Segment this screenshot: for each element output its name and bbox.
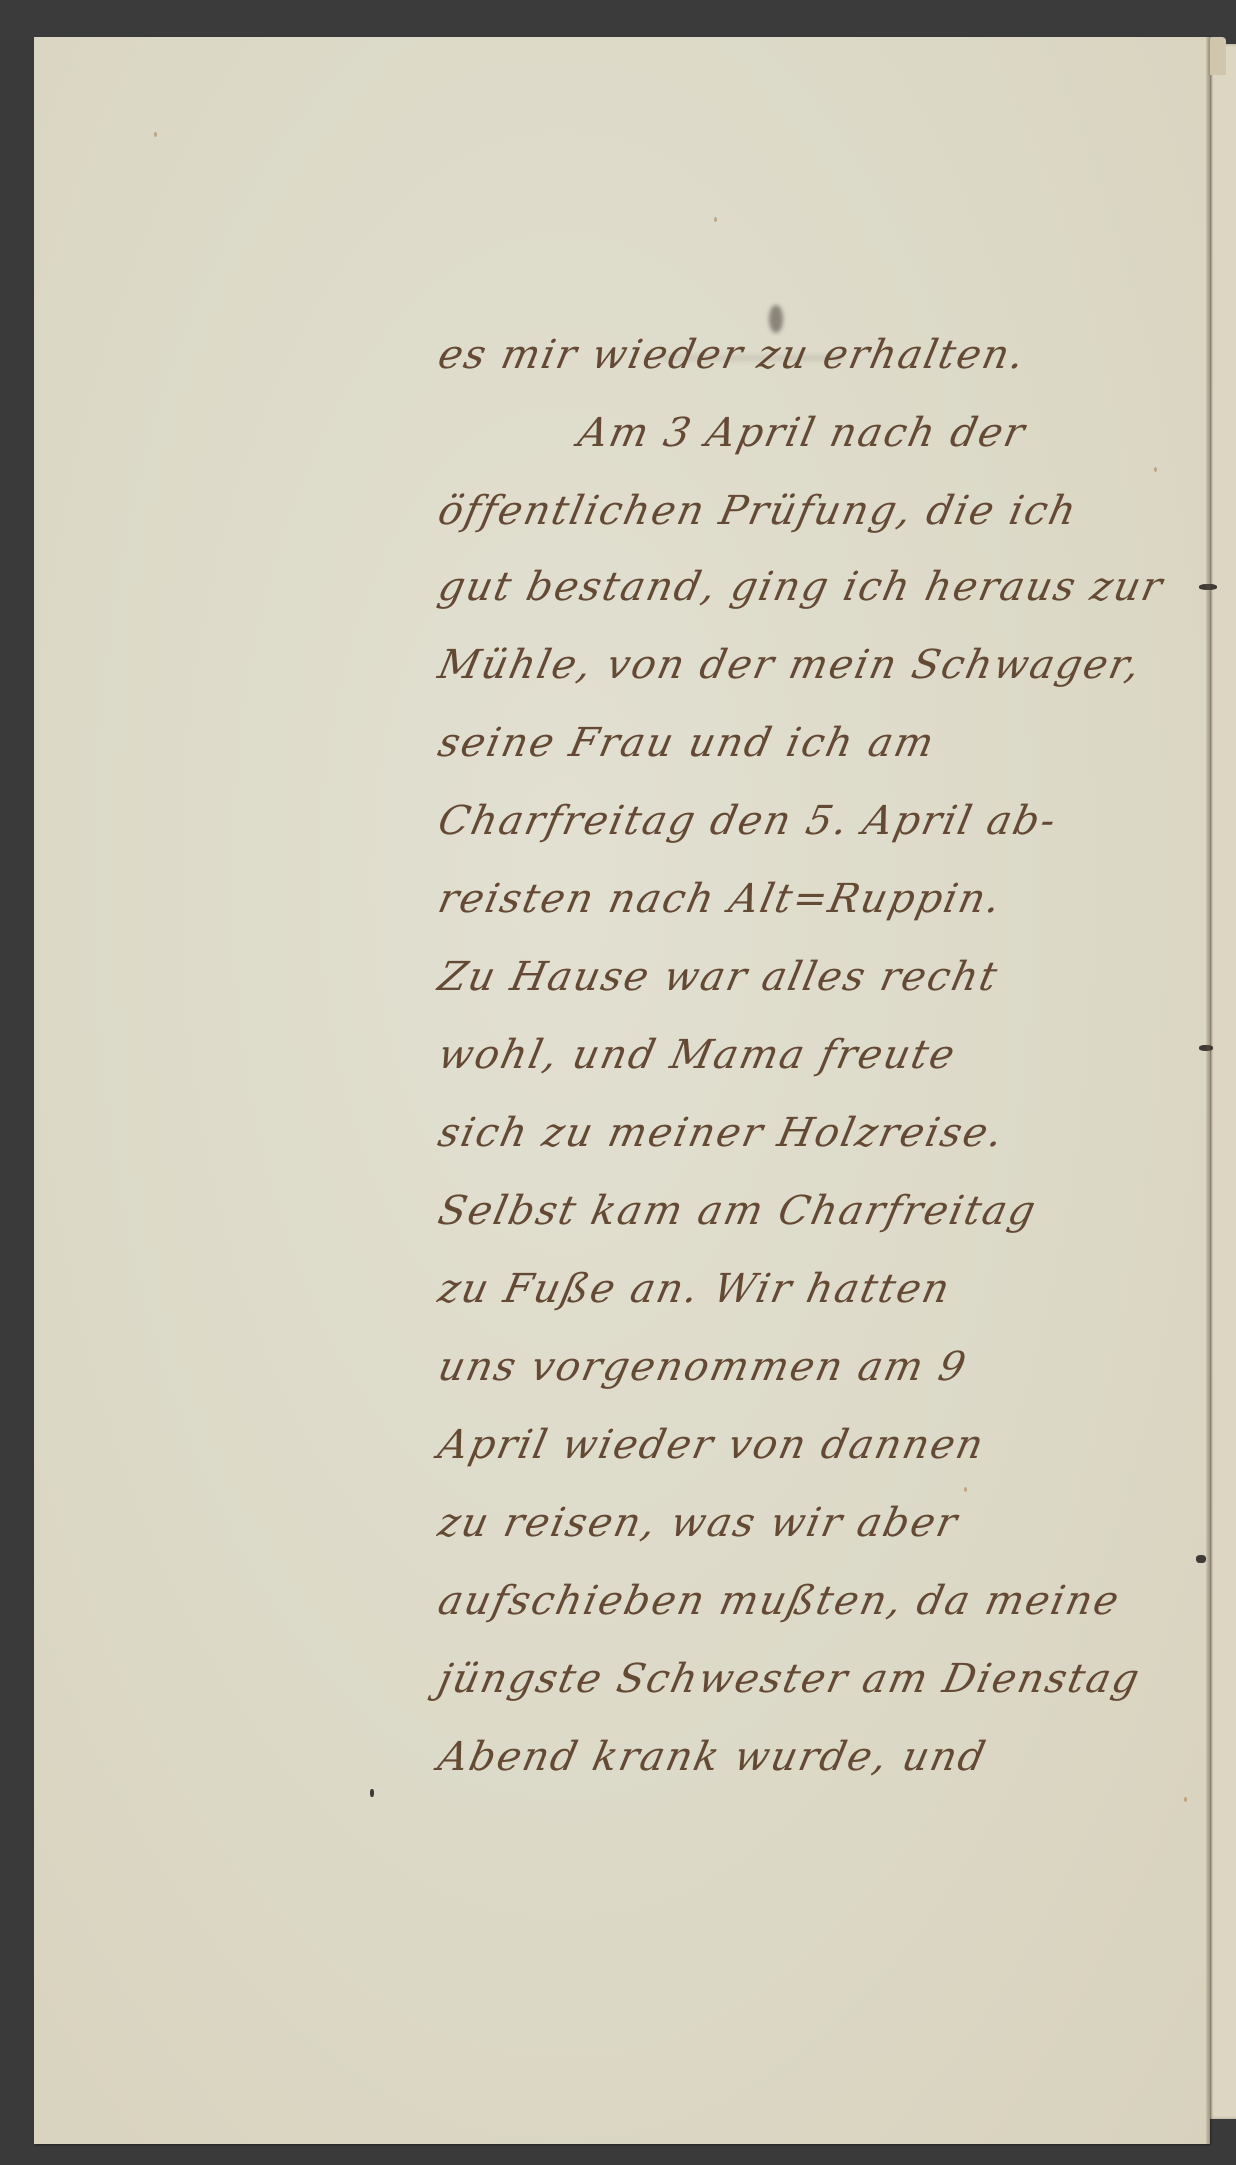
text-line-5: Mühle, von der mein Schwager,	[434, 642, 1146, 688]
text-line-16: zu reisen, was wir aber	[434, 1500, 963, 1546]
text-line-12: Selbst kam am Charfreitag	[434, 1188, 1041, 1234]
text-line-11: sich zu meiner Holzreise.	[434, 1110, 1009, 1156]
margin-ink-mark	[370, 1789, 374, 1797]
text-line-14: uns vorgenommen am 9	[434, 1344, 971, 1390]
paper-speck	[154, 132, 157, 137]
torn-corner	[1208, 37, 1226, 75]
text-line-4: gut bestand, ging ich heraus zur	[434, 564, 1168, 610]
text-line-17: aufschieben mußten, da meine	[434, 1578, 1124, 1624]
text-line-9: Zu Hause war alles recht	[434, 954, 1003, 1000]
paper-speck	[964, 1487, 967, 1492]
paper-speck	[1154, 467, 1157, 472]
paper-speck	[714, 217, 717, 222]
text-line-1: es mir wieder zu erhalten.	[434, 332, 1030, 378]
adjacent-leaf-edge	[1208, 44, 1236, 2119]
text-line-13: zu Fuße an. Wir hatten	[434, 1266, 955, 1312]
text-line-10: wohl, und Mama freute	[434, 1032, 960, 1078]
text-line-19: Abend krank wurde, und	[434, 1734, 991, 1780]
text-line-15: April wieder von dannen	[434, 1422, 989, 1468]
manuscript-page: es mir wieder zu erhalten. Am 3 April na…	[34, 37, 1210, 2144]
margin-ink-mark	[1199, 584, 1217, 590]
text-line-2: Am 3 April nach der	[574, 410, 1030, 456]
text-line-3: öffentlichen Prüfung, die ich	[434, 488, 1082, 534]
text-line-8: reisten nach Alt=Ruppin.	[434, 876, 1006, 922]
paper-speck	[1184, 1797, 1187, 1802]
margin-ink-mark	[1196, 1555, 1206, 1563]
scan-background	[0, 0, 1236, 40]
text-line-6: seine Frau und ich am	[434, 720, 939, 766]
ink-smudge	[769, 305, 783, 333]
margin-ink-mark	[1199, 1045, 1213, 1051]
text-line-7: Charfreitag den 5. April ab-	[434, 798, 1061, 844]
text-line-18: jüngste Schwester am Dienstag	[434, 1656, 1145, 1702]
